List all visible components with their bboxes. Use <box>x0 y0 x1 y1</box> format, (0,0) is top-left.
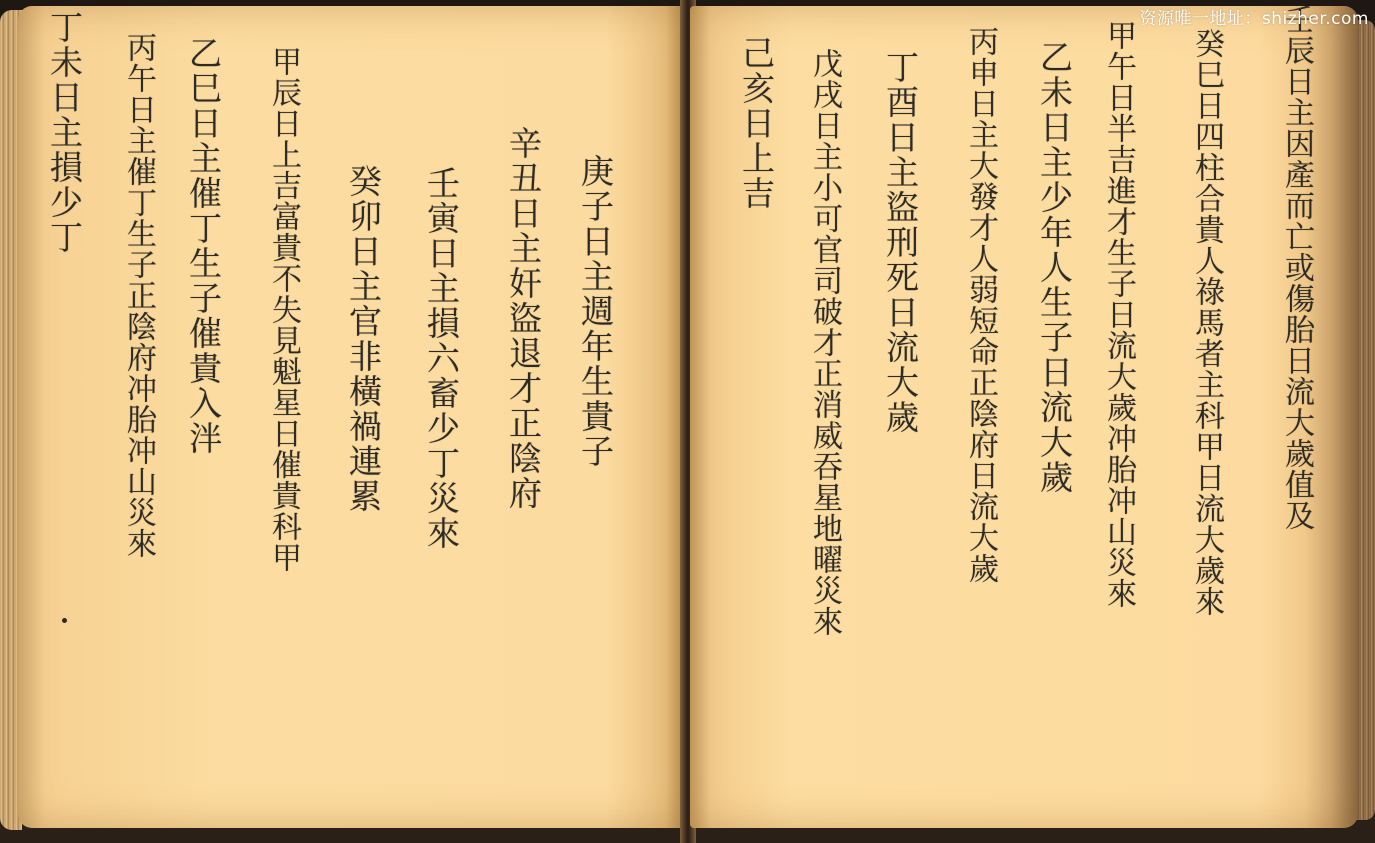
text-column-xin-chou: 辛丑日主奸盜退才正陰府 <box>503 126 543 511</box>
text-column-bing-wu: 丙午日主催丁生子正陰府冲胎冲山災來 <box>118 32 158 559</box>
text-column-yi-wei: 乙未日主少年人生子日流大歲 <box>1034 40 1074 495</box>
open-book: 庚子日主週年生貴子 辛丑日主奸盜退才正陰府 壬寅日主損六畜少丁災來 癸卯日主官非… <box>0 0 1375 843</box>
text-column-gui-mao: 癸卯日主官非橫禍連累 <box>343 164 383 514</box>
text-column-ren-yin: 壬寅日主損六畜少丁災來 <box>421 166 461 551</box>
text-column-geng-zi: 庚子日主週年生貴子 <box>575 154 615 469</box>
ink-dot <box>62 618 67 623</box>
text-column-jia-chen: 甲辰日上吉富貴不失見魁星日催貴科甲 <box>263 46 303 573</box>
text-column-ji-hai: 己亥日上吉 <box>736 36 776 211</box>
text-column-jia-wu: 甲午日半吉進才生子日流大歲冲胎冲山災來 <box>1098 20 1138 609</box>
text-column-gui-si: 癸巳日四柱合貴人祿馬者主科甲日流大歲來 <box>1186 28 1226 617</box>
left-page: 庚子日主週年生貴子 辛丑日主奸盜退才正陰府 壬寅日主損六畜少丁災來 癸卯日主官非… <box>18 6 686 828</box>
right-page-edges <box>1355 20 1375 820</box>
text-column-ding-wei: 丁未日主損少丁 <box>44 10 84 255</box>
text-column-ding-you: 丁酉日主盜刑死日流大歲 <box>880 50 920 435</box>
text-column-wu-xu: 戊戌日主小可官司破才正消威吞星地曜災來 <box>804 48 844 637</box>
text-column-ren-chen: 壬辰日主因產而亡或傷胎日流大歲值及 <box>1276 4 1316 531</box>
text-column-yi-si: 乙巳日主催丁生子催貴入泮 <box>183 36 223 456</box>
text-column-bing-shen: 丙申日主大發才人弱短命正陰府日流大歲 <box>960 26 1000 584</box>
right-page: 壬辰日主因產而亡或傷胎日流大歲值及 癸巳日四柱合貴人祿馬者主科甲日流大歲來 甲午… <box>690 6 1358 828</box>
watermark-text: 资源唯一地址：shizher.com <box>1139 4 1369 29</box>
